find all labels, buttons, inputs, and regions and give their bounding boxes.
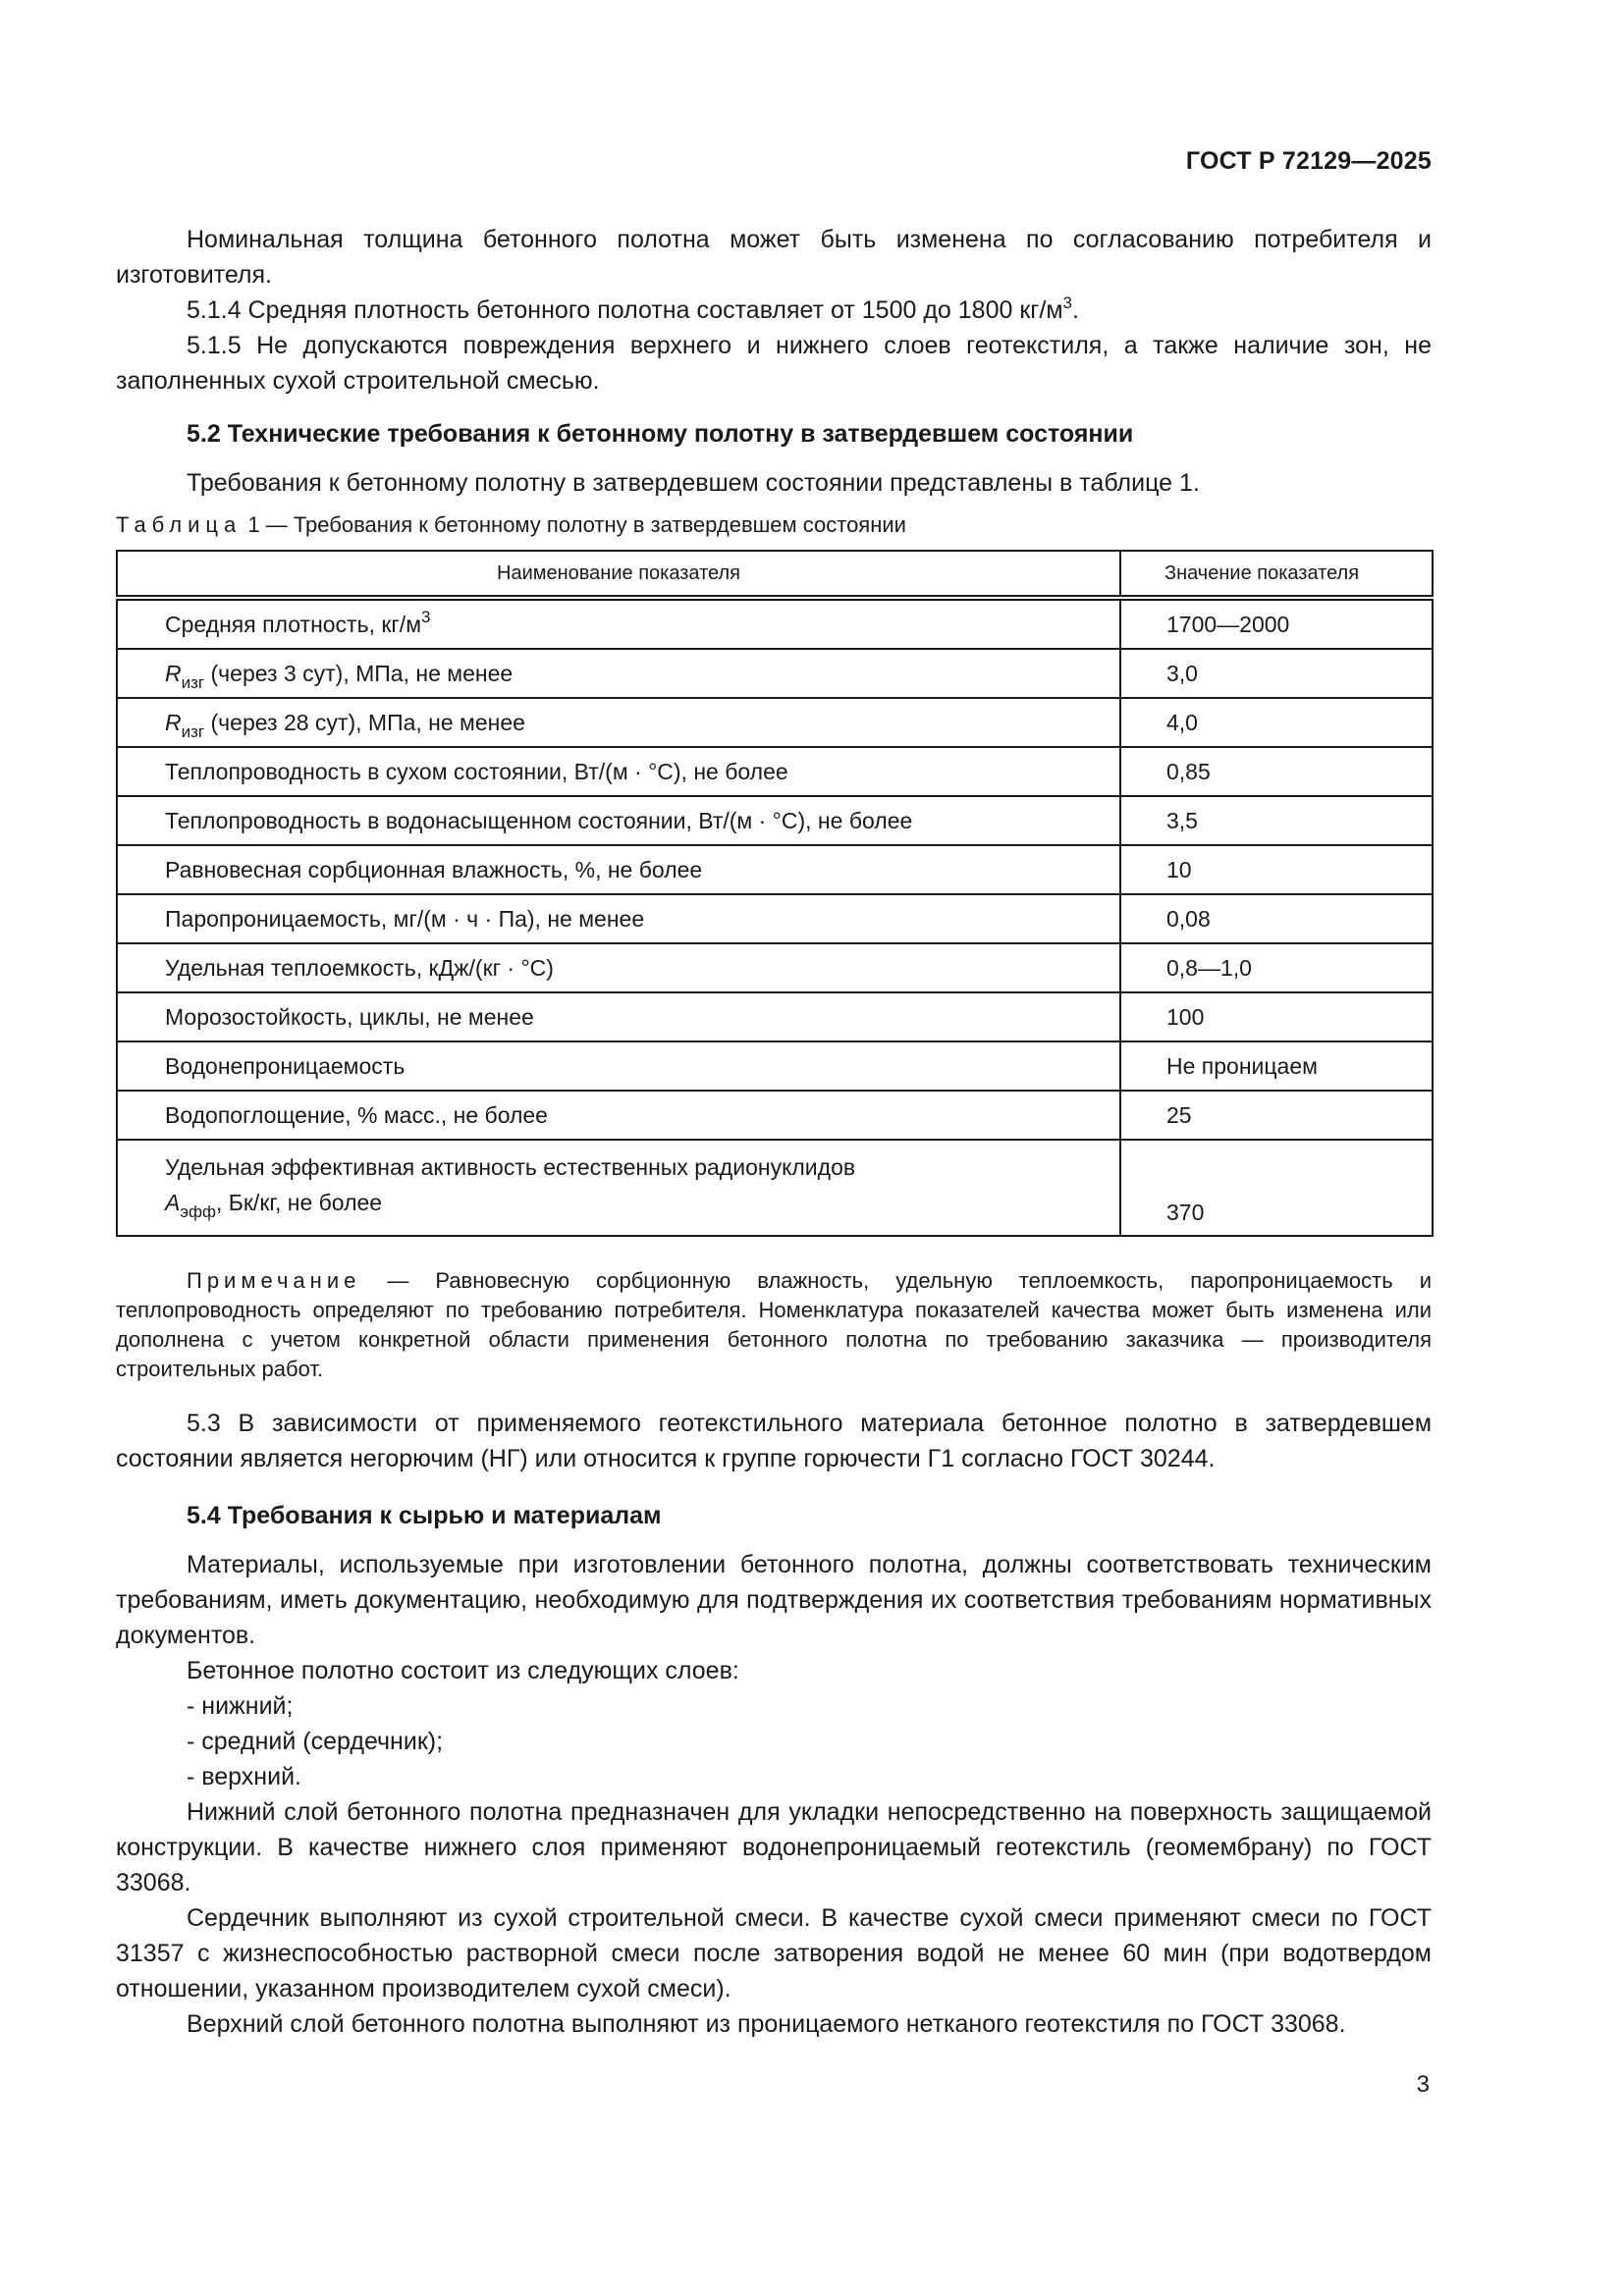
table-caption-label: Таблица <box>116 512 242 537</box>
row-name: Rизг (через 3 сут), МПа, не менее <box>117 649 1120 698</box>
clause-5-3: 5.3 В зависимости от применяемого геотек… <box>116 1406 1432 1476</box>
superscript: 3 <box>1063 294 1072 312</box>
symbol: R <box>165 710 182 735</box>
row-name: Средняя плотность, кг/м3 <box>117 598 1120 649</box>
column-header-name: Наименование показателя <box>117 551 1120 598</box>
row-name: Rизг (через 28 сут), МПа, не менее <box>117 698 1120 747</box>
table-row: Теплопроводность в водонасыщенном состоя… <box>117 796 1433 845</box>
row-name-text: Удельная эффективная активность естестве… <box>165 1147 1119 1188</box>
row-value: 3,0 <box>1120 649 1433 698</box>
table-row: Морозостойкость, циклы, не менее 100 <box>117 992 1433 1041</box>
note-label: Примечание <box>187 1268 360 1293</box>
table-header-row: Наименование показателя Значение показат… <box>117 551 1433 598</box>
bottom-layer-paragraph: Нижний слой бетонного полотна предназнач… <box>116 1794 1432 1900</box>
subscript: эфф <box>180 1202 216 1221</box>
list-item: - нижний; <box>116 1688 1432 1724</box>
top-layer-paragraph: Верхний слой бетонного полотна выполняют… <box>116 2006 1432 2042</box>
table-row: Равновесная сорбционная влажность, %, не… <box>117 845 1433 894</box>
intro-paragraph: Номинальная толщина бетонного полотна мо… <box>116 222 1432 293</box>
row-value: 3,5 <box>1120 796 1433 845</box>
section-5-4-paragraph: Материалы, используемые при изготовлении… <box>116 1547 1432 1653</box>
table-row: Удельная эффективная активность естестве… <box>117 1140 1433 1236</box>
row-name-text: Средняя плотность, кг/м <box>165 612 421 637</box>
column-header-value: Значение показателя <box>1120 551 1433 598</box>
row-value: 10 <box>1120 845 1433 894</box>
list-item: - средний (сердечник); <box>116 1724 1432 1759</box>
section-5-2-text: Требования к бетонному полотну в затверд… <box>116 465 1432 501</box>
row-name: Паропроницаемость, мг/(м · ч · Па), не м… <box>117 894 1120 943</box>
row-name: Водопоглощение, % масс., не более <box>117 1091 1120 1140</box>
subscript: изг <box>182 722 205 741</box>
symbol: A <box>165 1190 180 1215</box>
list-item: - верхний. <box>116 1759 1432 1794</box>
row-value: 370 <box>1120 1140 1433 1236</box>
row-name: Морозостойкость, циклы, не менее <box>117 992 1120 1041</box>
superscript: 3 <box>421 608 430 626</box>
core-paragraph: Сердечник выполняют из сухой строительно… <box>116 1900 1432 2006</box>
row-value: 100 <box>1120 992 1433 1041</box>
row-name: Теплопроводность в водонасыщенном состоя… <box>117 796 1120 845</box>
row-value: 25 <box>1120 1091 1433 1140</box>
layers-intro: Бетонное полотно состоит из следующих сл… <box>116 1653 1432 1688</box>
row-value: Не проницаем <box>1120 1041 1433 1091</box>
row-name-line2: Aэфф, Бк/кг, не более <box>165 1188 1119 1217</box>
row-name-text: (через 3 сут), МПа, не менее <box>204 661 513 686</box>
table-row: Средняя плотность, кг/м3 1700—2000 <box>117 598 1433 649</box>
subscript: изг <box>182 673 205 692</box>
row-name: Удельная теплоемкость, кДж/(кг · °С) <box>117 943 1120 992</box>
table-row: Водонепроницаемость Не проницаем <box>117 1041 1433 1091</box>
page-number: 3 <box>1417 2071 1430 2099</box>
row-value: 4,0 <box>1120 698 1433 747</box>
clause-text: 5.1.4 Средняя плотность бетонного полотн… <box>187 296 1063 324</box>
table-row: Водопоглощение, % масс., не более 25 <box>117 1091 1433 1140</box>
table-row: Паропроницаемость, мг/(м · ч · Па), не м… <box>117 894 1433 943</box>
row-name-text: (через 28 сут), МПа, не менее <box>204 710 525 735</box>
table-row: Rизг (через 28 сут), МПа, не менее 4,0 <box>117 698 1433 747</box>
table-row: Теплопроводность в сухом состоянии, Вт/(… <box>117 747 1433 796</box>
table-caption-text: 1 — Требования к бетонному полотну в зат… <box>242 512 906 537</box>
section-heading-5-2: 5.2 Технические требования к бетонному п… <box>116 416 1432 452</box>
row-value: 1700—2000 <box>1120 598 1433 649</box>
page-body: Номинальная толщина бетонного полотна мо… <box>116 0 1432 2042</box>
clause-5-1-5: 5.1.5 Не допускаются повреждения верхнег… <box>116 328 1432 399</box>
section-heading-5-4: 5.4 Требования к сырью и материалам <box>116 1498 1432 1533</box>
row-value: 0,08 <box>1120 894 1433 943</box>
requirements-table: Наименование показателя Значение показат… <box>116 550 1434 1237</box>
row-name: Равновесная сорбционная влажность, %, не… <box>117 845 1120 894</box>
table-row: Удельная теплоемкость, кДж/(кг · °С) 0,8… <box>117 943 1433 992</box>
symbol: R <box>165 661 182 686</box>
row-value: 0,85 <box>1120 747 1433 796</box>
row-name: Удельная эффективная активность естестве… <box>117 1140 1120 1236</box>
row-name: Теплопроводность в сухом состоянии, Вт/(… <box>117 747 1120 796</box>
clause-5-1-4: 5.1.4 Средняя плотность бетонного полотн… <box>116 293 1432 328</box>
table-caption: Таблица 1 — Требования к бетонному полот… <box>116 510 1432 540</box>
row-name-text: , Бк/кг, не более <box>216 1190 382 1215</box>
clause-text-end: . <box>1072 296 1079 324</box>
row-name: Водонепроницаемость <box>117 1041 1120 1091</box>
table-note: Примечание — Равновесную сорбционную вла… <box>116 1266 1432 1384</box>
row-value: 0,8—1,0 <box>1120 943 1433 992</box>
table-row: Rизг (через 3 сут), МПа, не менее 3,0 <box>117 649 1433 698</box>
